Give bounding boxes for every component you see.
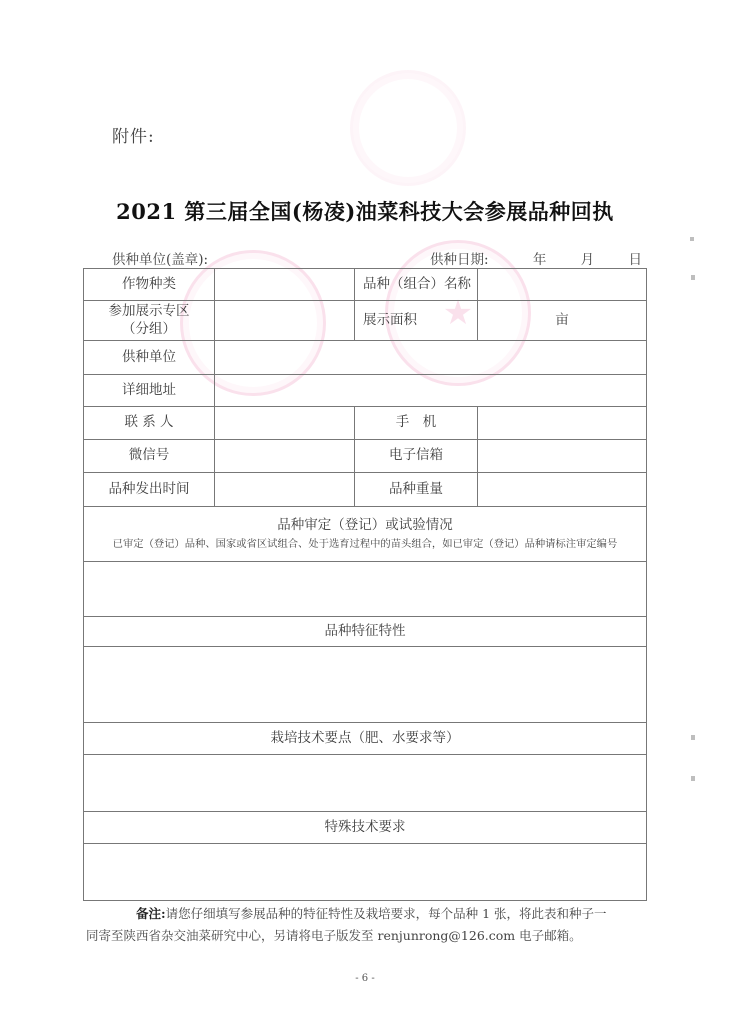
- registration-form-table: 作物种类 品种（组合）名称 参加展示专区 （分组） 展示面积 亩 供种单位 详细…: [83, 268, 647, 901]
- mobile-label: 手 机: [355, 407, 478, 440]
- binding-mark: [691, 735, 695, 740]
- document-title: 2021 第三届全国(杨凌)油菜科技大会参展品种回执: [0, 196, 730, 226]
- section-header-row: 特殊技术要求: [84, 812, 647, 844]
- table-row: 品种发出时间 品种重量: [84, 473, 647, 507]
- footnote-text-1: 请您仔细填写参展品种的特征特性及栽培要求，每个品种 1 张，将此表和种子一: [166, 906, 607, 921]
- approval-section-title: 品种审定（登记）或试验情况: [84, 517, 646, 535]
- dispatch-time-label: 品种发出时间: [84, 473, 215, 507]
- footnote-label: 备注:: [136, 906, 166, 921]
- variety-name-label: 品种（组合）名称: [355, 269, 478, 301]
- exhibition-area-label: 展示面积: [355, 301, 478, 341]
- crop-type-label: 作物种类: [84, 269, 215, 301]
- attachment-label: 附件:: [112, 122, 155, 147]
- wechat-label: 微信号: [84, 440, 215, 473]
- table-row: 详细地址: [84, 375, 647, 407]
- exhibition-zone-field[interactable]: [215, 301, 355, 341]
- mobile-field[interactable]: [478, 407, 647, 440]
- footnote: 备注:请您仔细填写参展品种的特征特性及栽培要求，每个品种 1 张，将此表和种子一…: [86, 903, 646, 947]
- special-requirements-field[interactable]: [84, 844, 647, 901]
- exhibition-zone-label: 参加展示专区 （分组）: [84, 301, 215, 341]
- binding-mark: [691, 776, 695, 781]
- binding-mark: [691, 275, 695, 280]
- document-page: ★ 附件: 2021 第三届全国(杨凌)油菜科技大会参展品种回执 供种单位(盖章…: [0, 0, 730, 1029]
- email-field[interactable]: [478, 440, 647, 473]
- approval-section-subtitle: 已审定（登记）品种、国家或省区试组合、处于选育过程中的苗头组合，如已审定（登记）…: [84, 538, 646, 551]
- supplier-unit-field[interactable]: [215, 341, 647, 375]
- wechat-field[interactable]: [215, 440, 355, 473]
- footnote-line-1: 备注:请您仔细填写参展品种的特征特性及栽培要求，每个品种 1 张，将此表和种子一: [86, 903, 646, 925]
- supplier-stamp-label: 供种单位(盖章):: [112, 248, 208, 268]
- exhibition-area-field[interactable]: 亩: [478, 301, 647, 341]
- cultivation-section-title: 栽培技术要点（肥、水要求等）: [84, 723, 647, 755]
- characteristics-section-title: 品种特征特性: [84, 617, 647, 647]
- supplier-unit-label: 供种单位: [84, 341, 215, 375]
- contact-person-label: 联 系 人: [84, 407, 215, 440]
- dispatch-time-field[interactable]: [215, 473, 355, 507]
- table-row: 参加展示专区 （分组） 展示面积 亩: [84, 301, 647, 341]
- binding-mark: [690, 237, 694, 241]
- address-field[interactable]: [215, 375, 647, 407]
- crop-type-field[interactable]: [215, 269, 355, 301]
- table-row: 作物种类 品种（组合）名称: [84, 269, 647, 301]
- supply-date-label: 供种日期:: [430, 248, 489, 268]
- variety-name-field[interactable]: [478, 269, 647, 301]
- footnote-line-2: 同寄至陕西省杂交油菜研究中心，另请将电子版发至 renjunrong@126.c…: [86, 925, 646, 947]
- seal-stamp-top-faint: [350, 70, 466, 186]
- table-row: 联 系 人 手 机: [84, 407, 647, 440]
- contact-person-field[interactable]: [215, 407, 355, 440]
- year-unit: 年: [533, 248, 547, 268]
- section-header-row: 品种审定（登记）或试验情况 已审定（登记）品种、国家或省区试组合、处于选育过程中…: [84, 507, 647, 562]
- special-requirements-section-title: 特殊技术要求: [84, 812, 647, 844]
- page-number: - 6 -: [0, 973, 730, 984]
- exhibition-zone-label-line1: 参加展示专区: [84, 303, 214, 321]
- supply-date-line: 供种日期: 年 月 日: [430, 248, 642, 268]
- seed-weight-label: 品种重量: [355, 473, 478, 507]
- section-content-row: [84, 844, 647, 901]
- section-content-row: [84, 755, 647, 812]
- month-unit: 月: [581, 248, 595, 268]
- section-header-row: 栽培技术要点（肥、水要求等）: [84, 723, 647, 755]
- day-unit: 日: [628, 248, 642, 268]
- cultivation-field[interactable]: [84, 755, 647, 812]
- exhibition-zone-label-line2: （分组）: [84, 321, 214, 339]
- section-content-row: [84, 562, 647, 617]
- section-content-row: [84, 647, 647, 723]
- table-row: 微信号 电子信箱: [84, 440, 647, 473]
- approval-section-header: 品种审定（登记）或试验情况 已审定（登记）品种、国家或省区试组合、处于选育过程中…: [84, 507, 647, 562]
- characteristics-field[interactable]: [84, 647, 647, 723]
- address-label: 详细地址: [84, 375, 215, 407]
- email-label: 电子信箱: [355, 440, 478, 473]
- section-header-row: 品种特征特性: [84, 617, 647, 647]
- seed-weight-field[interactable]: [478, 473, 647, 507]
- approval-section-field[interactable]: [84, 562, 647, 617]
- table-row: 供种单位: [84, 341, 647, 375]
